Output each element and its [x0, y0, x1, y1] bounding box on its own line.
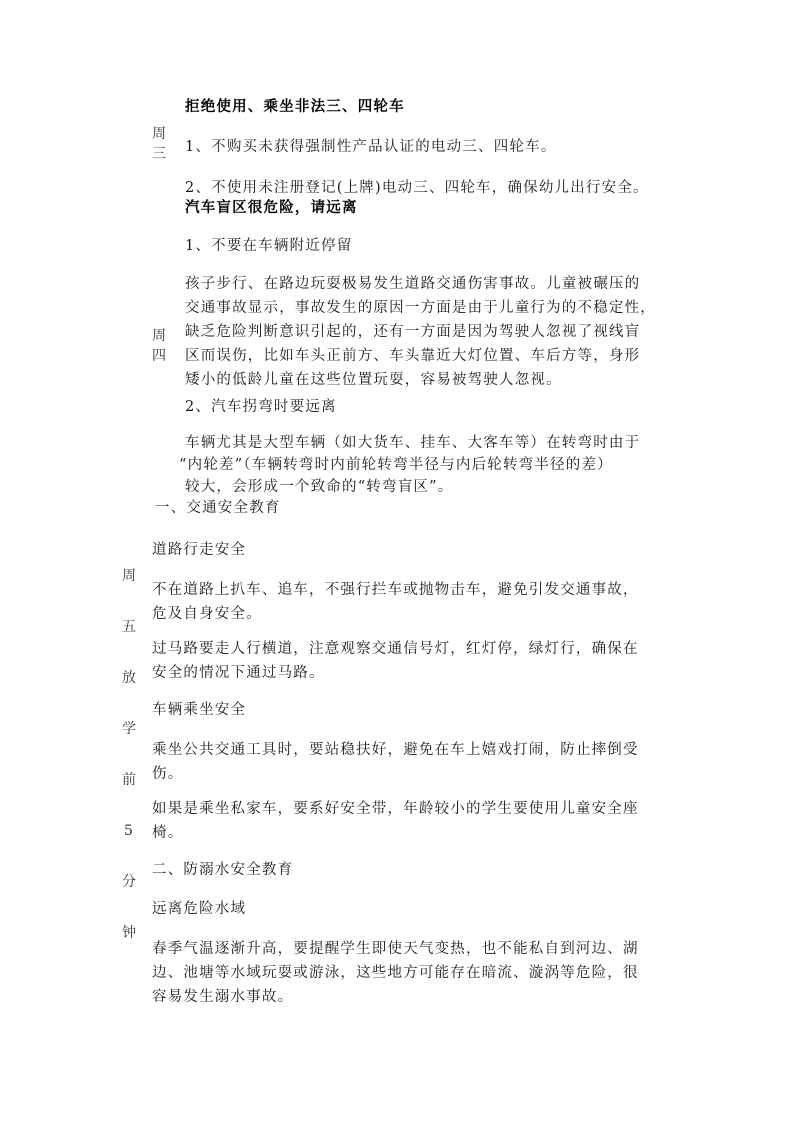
line: 不在道路上扒车、追车，不强行拦车或抛物击车，避免引发交通事故，	[152, 578, 639, 602]
water-safety-title: 远离危险水域	[152, 899, 246, 919]
line: “内轮差”（车辆转弯时内前轮转弯半径与内后轮转弯半径的差）	[179, 454, 640, 476]
heading-illegal-vehicles: 拒绝使用、乘坐非法三、四轮车	[185, 97, 405, 117]
line: 危及自身安全。	[152, 602, 639, 626]
wed-item-2: 2、不使用未注册登记(上牌)电动三、四轮车，确保幼儿出行安全。	[185, 178, 649, 198]
section-drowning-prevention: 二、防溺水安全教育	[152, 860, 293, 880]
line: 椅。	[152, 821, 639, 845]
heading-blind-spot: 汽车盲区很危险，请远离	[185, 198, 358, 218]
label-char: 五	[122, 617, 136, 668]
line: 安全的情况下通过马路。	[152, 661, 639, 685]
label-char: 三	[152, 144, 166, 164]
line: 过马路要走人行横道，注意观察交通信号灯，红灯停，绿灯行，确保在	[152, 637, 639, 661]
ride-safety-title: 车辆乘坐安全	[152, 700, 246, 720]
line: 车辆尤其是大型车辆（如大货车、挂车、大客车等）在转弯时由于	[185, 432, 640, 454]
label-char: 分	[122, 872, 136, 923]
line: 春季气温逐渐升高，要提醒学生即使天气变热，也不能私自到河边、湖	[152, 937, 639, 961]
label-char: 周	[152, 326, 166, 346]
label-char: 前	[122, 770, 136, 821]
line: 伤。	[152, 762, 639, 786]
line: 交通事故显示，事故发生的原因一方面是由于儿童行为的不稳定性，	[185, 296, 656, 320]
thu-paragraph-1: 孩子步行、在路边玩耍极易发生道路交通伤害事故。儿童被碾压的 交通事故显示，事故发…	[185, 272, 656, 392]
line: 区而误伤，比如车头正前方、车头靠近大灯位置、车后方等，身形	[185, 344, 656, 368]
thu-paragraph-2: 车辆尤其是大型车辆（如大货车、挂车、大客车等）在转弯时由于 “内轮差”（车辆转弯…	[185, 432, 640, 498]
ride-safety-p2: 如果是乘坐私家车，要系好安全带，年龄较小的学生要使用儿童安全座 椅。	[152, 797, 639, 845]
day-label-thursday: 周 四	[152, 326, 166, 366]
day-label-wednesday: 周 三	[152, 124, 166, 164]
wed-item-1: 1、不购买未获得强制性产品认证的电动三、四轮车。	[185, 137, 557, 157]
water-safety-p: 春季气温逐渐升高，要提醒学生即使天气变热，也不能私自到河边、湖 边、池塘等水域玩…	[152, 937, 639, 1009]
line: 孩子步行、在路边玩耍极易发生道路交通伤害事故。儿童被碾压的	[185, 272, 656, 296]
road-safety-title: 道路行走安全	[152, 540, 246, 560]
thu-sub-2: 2、汽车拐弯时要远离	[185, 397, 337, 417]
label-char: 四	[152, 346, 166, 366]
label-char: 5	[122, 821, 136, 872]
label-char: 放	[122, 668, 136, 719]
section-traffic-safety: 一、交通安全教育	[155, 498, 281, 518]
line: 矮小的低龄儿童在这些位置玩耍，容易被驾驶人忽视。	[185, 368, 656, 392]
day-label-friday: 周 五 放 学 前 5 分 钟	[122, 566, 136, 943]
line: 缺乏危险判断意识引起的，还有一方面是因为驾驶人忽视了视线盲	[185, 320, 656, 344]
label-char: 学	[122, 719, 136, 770]
line: 如果是乘坐私家车，要系好安全带，年龄较小的学生要使用儿童安全座	[152, 797, 639, 821]
label-char: 周	[152, 124, 166, 144]
thu-sub-1: 1、不要在车辆附近停留	[185, 236, 352, 256]
line: 较大，会形成一个致命的“转弯盲区”。	[185, 476, 640, 498]
line: 容易发生溺水事故。	[152, 985, 639, 1009]
line: 乘坐公共交通工具时，要站稳扶好，避免在车上嬉戏打闹，防止摔倒受	[152, 738, 639, 762]
road-safety-p2: 过马路要走人行横道，注意观察交通信号灯，红灯停，绿灯行，确保在 安全的情况下通过…	[152, 637, 639, 685]
road-safety-p1: 不在道路上扒车、追车，不强行拦车或抛物击车，避免引发交通事故， 危及自身安全。	[152, 578, 639, 626]
line: 边、池塘等水域玩耍或游泳，这些地方可能存在暗流、漩涡等危险，很	[152, 961, 639, 985]
label-char: 钟	[122, 923, 136, 943]
ride-safety-p1: 乘坐公共交通工具时，要站稳扶好，避免在车上嬉戏打闹，防止摔倒受 伤。	[152, 738, 639, 786]
label-char: 周	[122, 566, 136, 617]
